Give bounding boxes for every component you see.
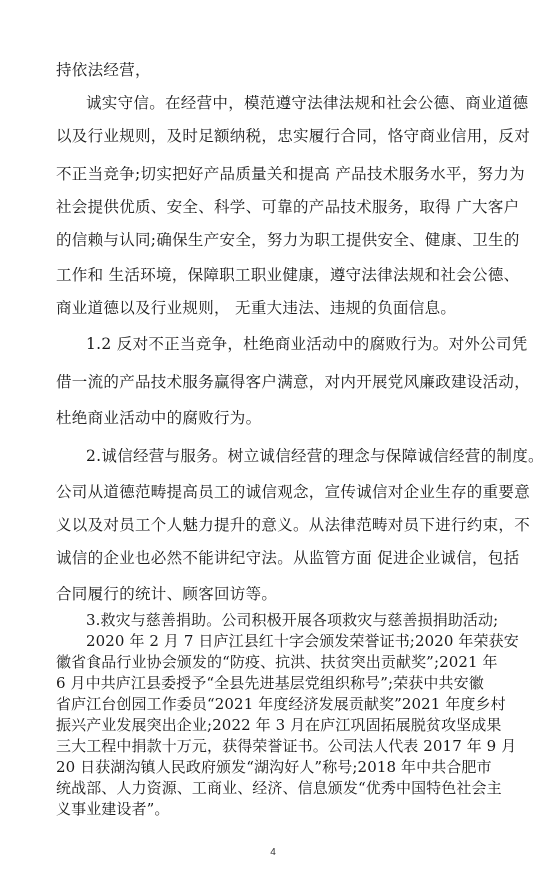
- text-line: 不正当竞争;切实把好产品质量关和提高 产品技术服务水平，努力为: [56, 164, 522, 184]
- text-line: 的信赖与认同;确保生产安全，努力为职工提供安全、健康、卫生的: [56, 230, 522, 250]
- text-line: 义事业建设者”。: [56, 799, 522, 819]
- text-line: 杜绝商业活动中的腐败行为。: [56, 408, 522, 428]
- text-line: 义以及对员工个人魅力提升的意义。从法律范畴对员下进行约束，不: [56, 515, 522, 535]
- text-line: 商业道德以及行业规则， 无重大违法、违规的负面信息。: [56, 298, 522, 318]
- text-line: 省庐江台创园工作委员“2021 年度经济发展贡献奖”2021 年度乡村: [56, 694, 522, 714]
- text-line: 诚实守信。在经营中，模范遵守法律法规和社会公德、商业道德: [86, 93, 522, 113]
- text-line: 6 月中共庐江县委授予“全县先进基层党组织称号”;荣获中共安徽: [56, 673, 522, 693]
- text-line: 持依法经营，: [56, 60, 522, 80]
- text-line: 20 日获湖沟镇人民政府颁发“湖沟好人”称号;2018 年中共合肥市: [56, 757, 522, 777]
- text-line: 2.诚信经营与服务。树立诚信经营的理念与保障诚信经营的制度。: [86, 446, 522, 466]
- text-line: 3.救灾与慈善捐助。公司积极开展各项救灾与慈善损捐助活动;: [86, 610, 522, 630]
- text-line: 徽省食品行业协会颁发的“防疫、抗洪、扶贫突出贡献奖”;2021 年: [56, 652, 522, 672]
- text-line: 振兴产业发展突出企业;2022 年 3 月在庐江巩固拓展脱贫攻坚成果: [56, 715, 522, 735]
- text-line: 2020 年 2 月 7 日庐江县红十字会颁发荣誉证书;2020 年荣获安: [86, 631, 522, 651]
- text-line: 公司从道德范畴提高员工的诚信观念，宣传诚信对企业生存的重要意: [56, 482, 522, 502]
- text-line: 诚信的企业也必然不能讲纪守法。从监管方面 促进企业诚信，包括: [56, 548, 522, 568]
- text-line: 以及行业规则，及时足额纳税，忠实履行合同，恪守商业信用，反对: [56, 126, 522, 146]
- document-page: 持依法经营，诚实守信。在经营中，模范遵守法律法规和社会公德、商业道德以及行业规则…: [0, 0, 546, 878]
- text-line: 合同履行的统计、顾客回访等。: [56, 584, 522, 604]
- text-line: 统战部、人力资源、工商业、经济、信息颁发“优秀中国特色社会主: [56, 778, 522, 798]
- page-number: 4: [0, 847, 546, 858]
- text-line: 1.2 反对不正当竞争，杜绝商业活动中的腐败行为。对外公司凭: [86, 334, 522, 354]
- text-line: 借一流的产品技术服务赢得客户满意，对内开展党风廉政建设活动，: [56, 372, 522, 392]
- text-line: 工作和 生活环境，保障职工职业健康，遵守法律法规和社会公德、: [56, 265, 522, 285]
- text-line: 社会提供优质、安全、科学、可靠的产品技术服务，取得 广大客户: [56, 197, 522, 217]
- text-line: 三大工程中捐款十万元，获得荣誉证书。公司法人代表 2017 年 9 月: [56, 736, 522, 756]
